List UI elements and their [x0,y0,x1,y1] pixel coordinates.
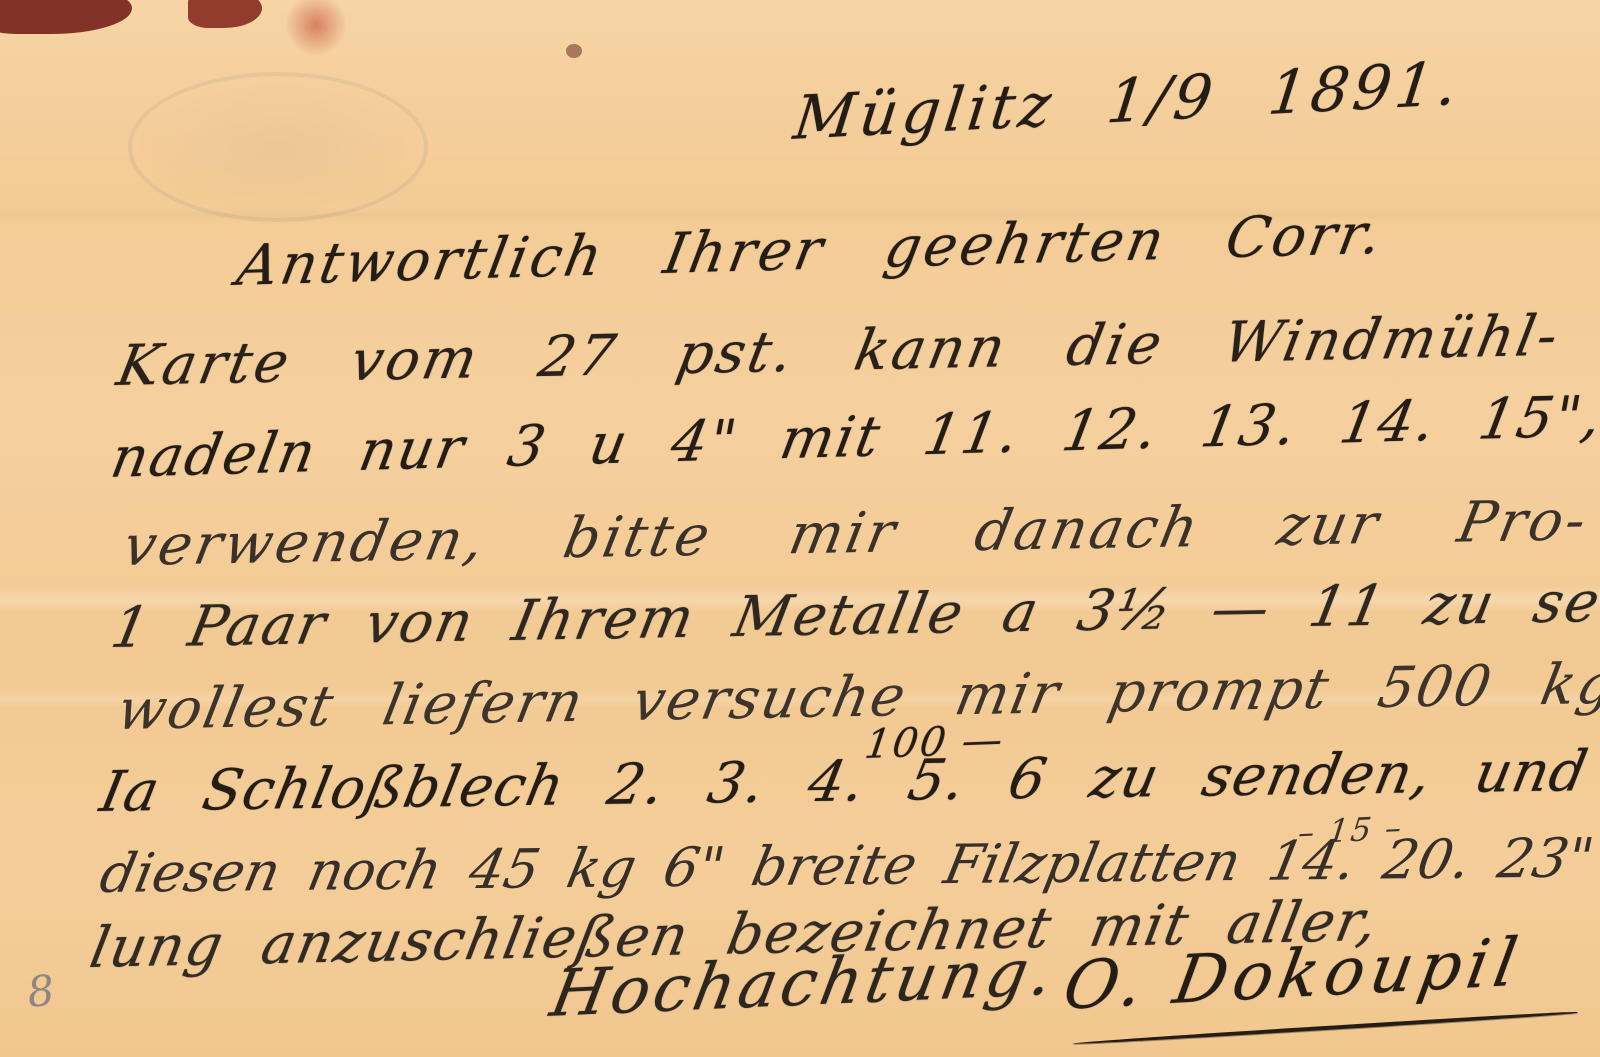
interlinear-price-annotation: – 15 – [1296,808,1406,852]
body-line-6: wollest liefern versuche mir prompt 500 … [112,652,1600,743]
stamp-bleed-mark [286,0,346,56]
pencil-corner-mark: 8 [25,965,57,1017]
body-line-2: Karte vom 27 pst. kann die Windmühl- [112,304,1566,399]
body-line-1: Antwortlich Ihrer geehrten Corr. [232,202,1389,299]
body-line-3: nadeln nur 3 u 4" mit 11. 12. 13. 14. 15… [106,384,1600,491]
stamp-bleed-mark [0,0,132,34]
interlinear-price-annotation: 100 — [862,717,1007,768]
postcard-scan: Müglitz 1/9 1891. Antwortlich Ihrer geeh… [0,0,1600,1057]
faint-postmark-circle [128,72,428,222]
stamp-bleed-mark [188,0,262,28]
ink-speck [566,44,582,58]
dateline: Müglitz 1/9 1891. [790,49,1465,154]
body-line-4: verwenden, bitte mir danach zur Pro- [118,488,1594,579]
body-line-5: 1 Paar von Ihrem Metalle a 3½ — 11 zu se… [106,568,1600,661]
